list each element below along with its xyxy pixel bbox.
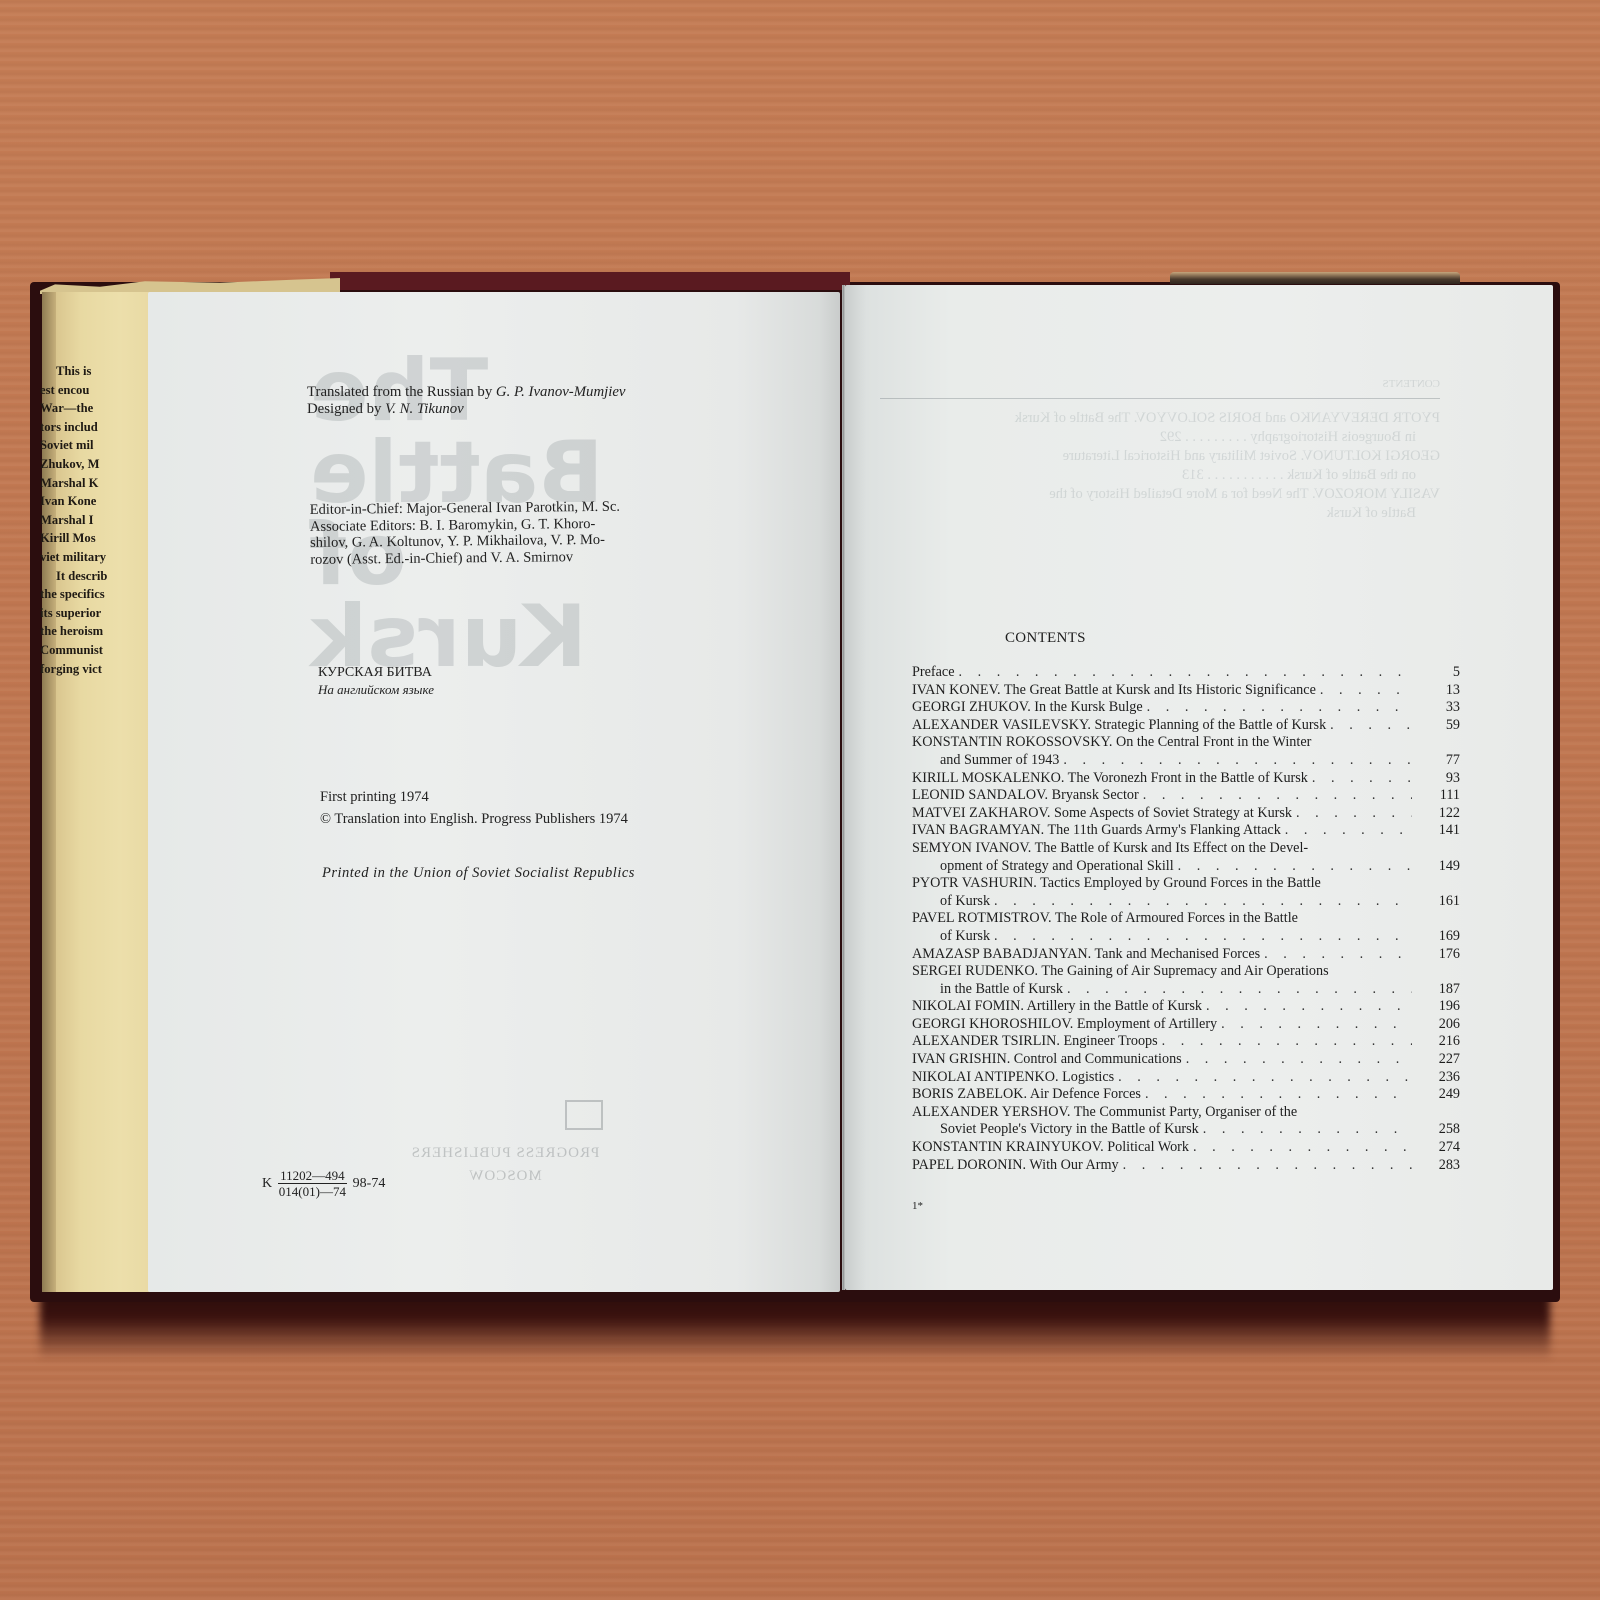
- toc-page-number: 93: [1420, 770, 1460, 788]
- copyright-line: © Translation into English. Progress Pub…: [320, 808, 628, 830]
- translator-name: G. P. Ivanov-Mumjiev: [496, 384, 626, 400]
- toc-entry: SERGEI RUDENKO. The Gaining of Air Supre…: [912, 963, 1460, 998]
- toc-title: PYOTR VASHURIN. Tactics Employed by Grou…: [912, 875, 1321, 893]
- publisher-logo-show-through: [565, 1100, 603, 1130]
- dot-leader: . . . . . . . . . . . . . . . . . . . . …: [1285, 822, 1412, 840]
- toc-title: in the Battle of Kursk: [940, 981, 1063, 999]
- show-through-text: CONTENTS PYOTR DEREVYANKO and BORIS SOLO…: [880, 375, 1440, 705]
- toc-page-number: 141: [1420, 822, 1460, 840]
- toc-title: LEONID SANDALOV. Bryansk Sector: [912, 787, 1139, 805]
- toc-title: ALEXANDER YERSHOV. The Communist Party, …: [912, 1104, 1297, 1122]
- toc-page-number: 122: [1420, 805, 1460, 823]
- toc-title: KIRILL MOSKALENKO. The Voronezh Front in…: [912, 770, 1308, 788]
- dot-leader: . . . . . . . . . . . . . . . . . . . . …: [1067, 981, 1412, 999]
- signature-mark: 1*: [912, 1200, 923, 1212]
- dot-leader: . . . . . . . . . . . . . . . . . . . . …: [1063, 752, 1412, 770]
- dot-leader: . . . . . . . . . . . . . . . . . . . . …: [1330, 717, 1412, 735]
- toc-page-number: 149: [1420, 858, 1460, 876]
- toc-title: of Kursk: [940, 893, 990, 911]
- russian-subtitle: На английском языке: [318, 681, 434, 698]
- dot-leader: . . . . . . . . . . . . . . . . . . . . …: [1147, 699, 1412, 717]
- toc-page-number: 227: [1420, 1051, 1460, 1069]
- toc-title: MATVEI ZAKHAROV. Some Aspects of Soviet …: [912, 805, 1292, 823]
- toc-title: GEORGI KHOROSHILOV. Employment of Artill…: [912, 1016, 1217, 1034]
- toc-title: IVAN BAGRAMYAN. The 11th Guards Army's F…: [912, 822, 1281, 840]
- cover-cloth-edge: [330, 272, 850, 290]
- dot-leader: . . . . . . . . . . . . . . . . . . . . …: [1320, 682, 1412, 700]
- toc-page-number: 169: [1420, 928, 1460, 946]
- toc-entry: IVAN BAGRAMYAN. The 11th Guards Army's F…: [912, 822, 1460, 840]
- toc-page-number: 249: [1420, 1086, 1460, 1104]
- table-of-contents: Preface . . . . . . . . . . . . . . . . …: [912, 664, 1460, 1174]
- toc-page-number: 111: [1420, 787, 1460, 805]
- toc-title: ALEXANDER VASILEVSKY. Strategic Planning…: [912, 717, 1326, 735]
- designer-name: V. N. Tikunov: [385, 401, 464, 417]
- toc-entry: PAPEL DORONIN. With Our Army . . . . . .…: [912, 1157, 1460, 1175]
- toc-title: IVAN KONEV. The Great Battle at Kursk an…: [912, 682, 1316, 700]
- dot-leader: . . . . . . . . . . . . . . . . . . . . …: [1203, 1121, 1412, 1139]
- toc-title: BORIS ZABELOK. Air Defence Forces: [912, 1086, 1141, 1104]
- show-through-line: VASILY MOROZOV. The Need for a More Deta…: [880, 485, 1440, 504]
- credits: Translated from the Russian by G. P. Iva…: [307, 384, 626, 417]
- first-printing: First printing 1974: [320, 786, 628, 808]
- toc-title: Preface: [912, 664, 955, 682]
- dot-leader: . . . . . . . . . . . . . . . . . . . . …: [959, 664, 1412, 682]
- toc-page-number: 274: [1420, 1139, 1460, 1157]
- toc-page-number: 216: [1420, 1033, 1460, 1051]
- show-through-line: Battle of Kursk: [880, 504, 1440, 523]
- toc-page-number: 283: [1420, 1157, 1460, 1175]
- dot-leader: . . . . . . . . . . . . . . . . . . . . …: [1123, 1157, 1412, 1175]
- toc-entry: KIRILL MOSKALENKO. The Voronezh Front in…: [912, 770, 1460, 788]
- dot-leader: . . . . . . . . . . . . . . . . . . . . …: [1186, 1051, 1412, 1069]
- contents-heading: CONTENTS: [1005, 630, 1086, 647]
- toc-entry: GEORGI KHOROSHILOV. Employment of Artill…: [912, 1016, 1460, 1034]
- toc-entry: ALEXANDER TSIRLIN. Engineer Troops . . .…: [912, 1033, 1460, 1051]
- show-through-line: GEORGI KOLTUNOV. Soviet Military and His…: [880, 447, 1440, 466]
- toc-page-number: 196: [1420, 998, 1460, 1016]
- catalog-number: K 11202—494 014(01)—74 98-74: [262, 1168, 385, 1199]
- toc-entry: Preface . . . . . . . . . . . . . . . . …: [912, 664, 1460, 682]
- dot-leader: . . . . . . . . . . . . . . . . . . . . …: [1193, 1139, 1412, 1157]
- dot-leader: . . . . . . . . . . . . . . . . . . . . …: [1221, 1016, 1412, 1034]
- show-through-line: on the Battle of Kursk . . . . . . . . .…: [880, 466, 1440, 485]
- toc-entry: AMAZASP BABADJANYAN. Tank and Mechanised…: [912, 946, 1460, 964]
- toc-entry: KONSTANTIN ROKOSSOVSKY. On the Central F…: [912, 734, 1460, 769]
- toc-title: GEORGI ZHUKOV. In the Kursk Bulge: [912, 699, 1143, 717]
- toc-entry: PAVEL ROTMISTROV. The Role of Armoured F…: [912, 910, 1460, 945]
- translator-line: Translated from the Russian by G. P. Iva…: [307, 384, 626, 401]
- toc-title: PAPEL DORONIN. With Our Army: [912, 1157, 1119, 1175]
- toc-entry: NIKOLAI FOMIN. Artillery in the Battle o…: [912, 998, 1460, 1016]
- toc-page-number: 258: [1420, 1121, 1460, 1139]
- toc-page-number: 187: [1420, 981, 1460, 999]
- show-through-publisher: PROGRESS PUBLISHERS MOSCOW: [380, 1145, 630, 1185]
- dot-leader: . . . . . . . . . . . . . . . . . . . . …: [994, 928, 1412, 946]
- show-through-line: in Bourgeois Historiography . . . . . . …: [880, 428, 1440, 447]
- dot-leader: . . . . . . . . . . . . . . . . . . . . …: [1145, 1086, 1412, 1104]
- russian-title-block: КУРСКАЯ БИТВА На английском языке: [318, 664, 434, 698]
- toc-title: SEMYON IVANOV. The Battle of Kursk and I…: [912, 840, 1308, 858]
- toc-entry: IVAN GRISHIN. Control and Communications…: [912, 1051, 1460, 1069]
- toc-title: of Kursk: [940, 928, 990, 946]
- toc-page-number: 161: [1420, 893, 1460, 911]
- designer-line: Designed by V. N. Tikunov: [307, 401, 626, 418]
- toc-entry: ALEXANDER YERSHOV. The Communist Party, …: [912, 1104, 1460, 1139]
- dot-leader: . . . . . . . . . . . . . . . . . . . . …: [1162, 1033, 1412, 1051]
- toc-title: Soviet People's Victory in the Battle of…: [940, 1121, 1199, 1139]
- dot-leader: . . . . . . . . . . . . . . . . . . . . …: [1312, 770, 1412, 788]
- toc-title: IVAN GRISHIN. Control and Communications: [912, 1051, 1182, 1069]
- dot-leader: . . . . . . . . . . . . . . . . . . . . …: [1118, 1069, 1412, 1087]
- editors: Editor-in-Chief: Major-General Ivan Paro…: [310, 498, 681, 568]
- toc-page-number: 206: [1420, 1016, 1460, 1034]
- torn-paper-strip: [1170, 272, 1460, 284]
- toc-title: ALEXANDER TSIRLIN. Engineer Troops: [912, 1033, 1158, 1051]
- toc-entry: GEORGI ZHUKOV. In the Kursk Bulge . . . …: [912, 699, 1460, 717]
- toc-entry: IVAN KONEV. The Great Battle at Kursk an…: [912, 682, 1460, 700]
- toc-title: opment of Strategy and Operational Skill: [940, 858, 1174, 876]
- dot-leader: . . . . . . . . . . . . . . . . . . . . …: [1178, 858, 1412, 876]
- toc-entry: BORIS ZABELOK. Air Defence Forces . . . …: [912, 1086, 1460, 1104]
- toc-entry: ALEXANDER VASILEVSKY. Strategic Planning…: [912, 717, 1460, 735]
- printing-info: First printing 1974 © Translation into E…: [320, 786, 628, 830]
- toc-page-number: 13: [1420, 682, 1460, 700]
- russian-title: КУРСКАЯ БИТВА: [318, 664, 434, 681]
- toc-title: and Summer of 1943: [940, 752, 1059, 770]
- printed-in-ussr: Printed in the Union of Soviet Socialist…: [322, 865, 635, 882]
- toc-entry: PYOTR VASHURIN. Tactics Employed by Grou…: [912, 875, 1460, 910]
- dot-leader: . . . . . . . . . . . . . . . . . . . . …: [1206, 998, 1412, 1016]
- toc-title: KONSTANTIN KRAINYUKOV. Political Work: [912, 1139, 1189, 1157]
- toc-title: PAVEL ROTMISTROV. The Role of Armoured F…: [912, 910, 1298, 928]
- toc-entry: NIKOLAI ANTIPENKO. Logistics . . . . . .…: [912, 1069, 1460, 1087]
- toc-title: KONSTANTIN ROKOSSOVSKY. On the Central F…: [912, 734, 1311, 752]
- show-through-line: PYOTR DEREVYANKO and BORIS SOLOVYOV. The…: [880, 409, 1440, 428]
- toc-page-number: 77: [1420, 752, 1460, 770]
- toc-title: SERGEI RUDENKO. The Gaining of Air Supre…: [912, 963, 1329, 981]
- toc-entry: LEONID SANDALOV. Bryansk Sector . . . . …: [912, 787, 1460, 805]
- toc-entry: MATVEI ZAKHAROV. Some Aspects of Soviet …: [912, 805, 1460, 823]
- toc-page-number: 176: [1420, 946, 1460, 964]
- toc-entry: KONSTANTIN KRAINYUKOV. Political Work . …: [912, 1139, 1460, 1157]
- dot-leader: . . . . . . . . . . . . . . . . . . . . …: [1296, 805, 1412, 823]
- dot-leader: . . . . . . . . . . . . . . . . . . . . …: [1264, 946, 1412, 964]
- toc-entry: SEMYON IVANOV. The Battle of Kursk and I…: [912, 840, 1460, 875]
- dot-leader: . . . . . . . . . . . . . . . . . . . . …: [994, 893, 1412, 911]
- catalog-fraction: 11202—494 014(01)—74: [278, 1168, 347, 1199]
- toc-page-number: 236: [1420, 1069, 1460, 1087]
- toc-title: NIKOLAI FOMIN. Artillery in the Battle o…: [912, 998, 1202, 1016]
- toc-title: AMAZASP BABADJANYAN. Tank and Mechanised…: [912, 946, 1260, 964]
- toc-page-number: 59: [1420, 717, 1460, 735]
- toc-page-number: 5: [1420, 664, 1460, 682]
- toc-page-number: 33: [1420, 699, 1460, 717]
- dot-leader: . . . . . . . . . . . . . . . . . . . . …: [1143, 787, 1412, 805]
- toc-title: NIKOLAI ANTIPENKO. Logistics: [912, 1069, 1114, 1087]
